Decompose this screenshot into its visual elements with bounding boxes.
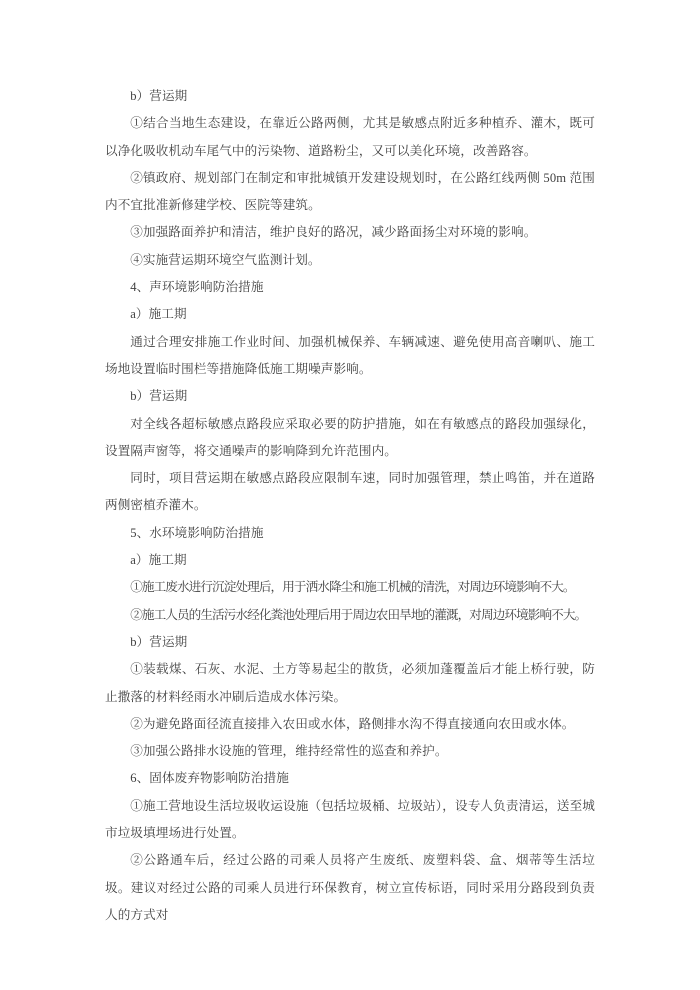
section-heading: 4、声环境影响防治措施 — [105, 274, 595, 301]
paragraph: ③加强路面养护和清洁，维护良好的路况，减少路面扬尘对环境的影响。 — [105, 219, 595, 246]
paragraph: ①结合当地生态建设，在靠近公路两侧，尤其是敏感点附近多种植乔、灌木，既可以净化吸… — [105, 110, 595, 165]
subsection-heading: b）营运期 — [105, 383, 595, 410]
section-heading: 5、水环境影响防治措施 — [105, 520, 595, 547]
paragraph: ②施工人员的生活污水经化粪池处理后用于周边农田旱地的灌溉，对周边环境影响不大。 — [105, 602, 595, 629]
subsection-heading: b）营运期 — [105, 83, 595, 110]
subsection-heading: a）施工期 — [105, 547, 595, 574]
paragraph: ②为避免路面径流直接排入农田或水体，路侧排水沟不得直接通向农田或水体。 — [105, 711, 595, 738]
paragraph: 同时，项目营运期在敏感点路段应限制车速，同时加强管理，禁止鸣笛，并在道路两侧密植… — [105, 465, 595, 520]
section-heading: 6、固体废弃物影响防治措施 — [105, 765, 595, 792]
document-body: b）营运期 ①结合当地生态建设，在靠近公路两侧，尤其是敏感点附近多种植乔、灌木，… — [105, 83, 595, 929]
subsection-heading: b）营运期 — [105, 629, 595, 656]
paragraph: ①施工废水进行沉淀处理后，用于洒水降尘和施工机械的清洗，对周边环境影响不大。 — [105, 574, 595, 601]
paragraph: ③加强公路排水设施的管理，维持经常性的巡查和养护。 — [105, 738, 595, 765]
paragraph: 通过合理安排施工作业时间、加强机械保养、车辆减速、避免使用高音喇叭、施工场地设置… — [105, 329, 595, 384]
paragraph: ①施工营地设生活垃圾收运设施（包括垃圾桶、垃圾站），设专人负责清运，送至城市垃圾… — [105, 793, 595, 848]
document-page: b）营运期 ①结合当地生态建设，在靠近公路两侧，尤其是敏感点附近多种植乔、灌木，… — [0, 0, 700, 990]
paragraph: ②镇政府、规划部门在制定和审批城镇开发建设规划时，在公路红线两侧 50m 范围内… — [105, 165, 595, 220]
paragraph: ②公路通车后，经过公路的司乘人员将产生废纸、废塑料袋、盒、烟蒂等生活垃圾。建议对… — [105, 847, 595, 929]
subsection-heading: a）施工期 — [105, 301, 595, 328]
paragraph: ④实施营运期环境空气监测计划。 — [105, 247, 595, 274]
paragraph: 对全线各超标敏感点路段应采取必要的防护措施，如在有敏感点的路段加强绿化，设置隔声… — [105, 411, 595, 466]
paragraph: ①装载煤、石灰、水泥、土方等易起尘的散货，必须加蓬覆盖后才能上桥行驶，防止撒落的… — [105, 656, 595, 711]
